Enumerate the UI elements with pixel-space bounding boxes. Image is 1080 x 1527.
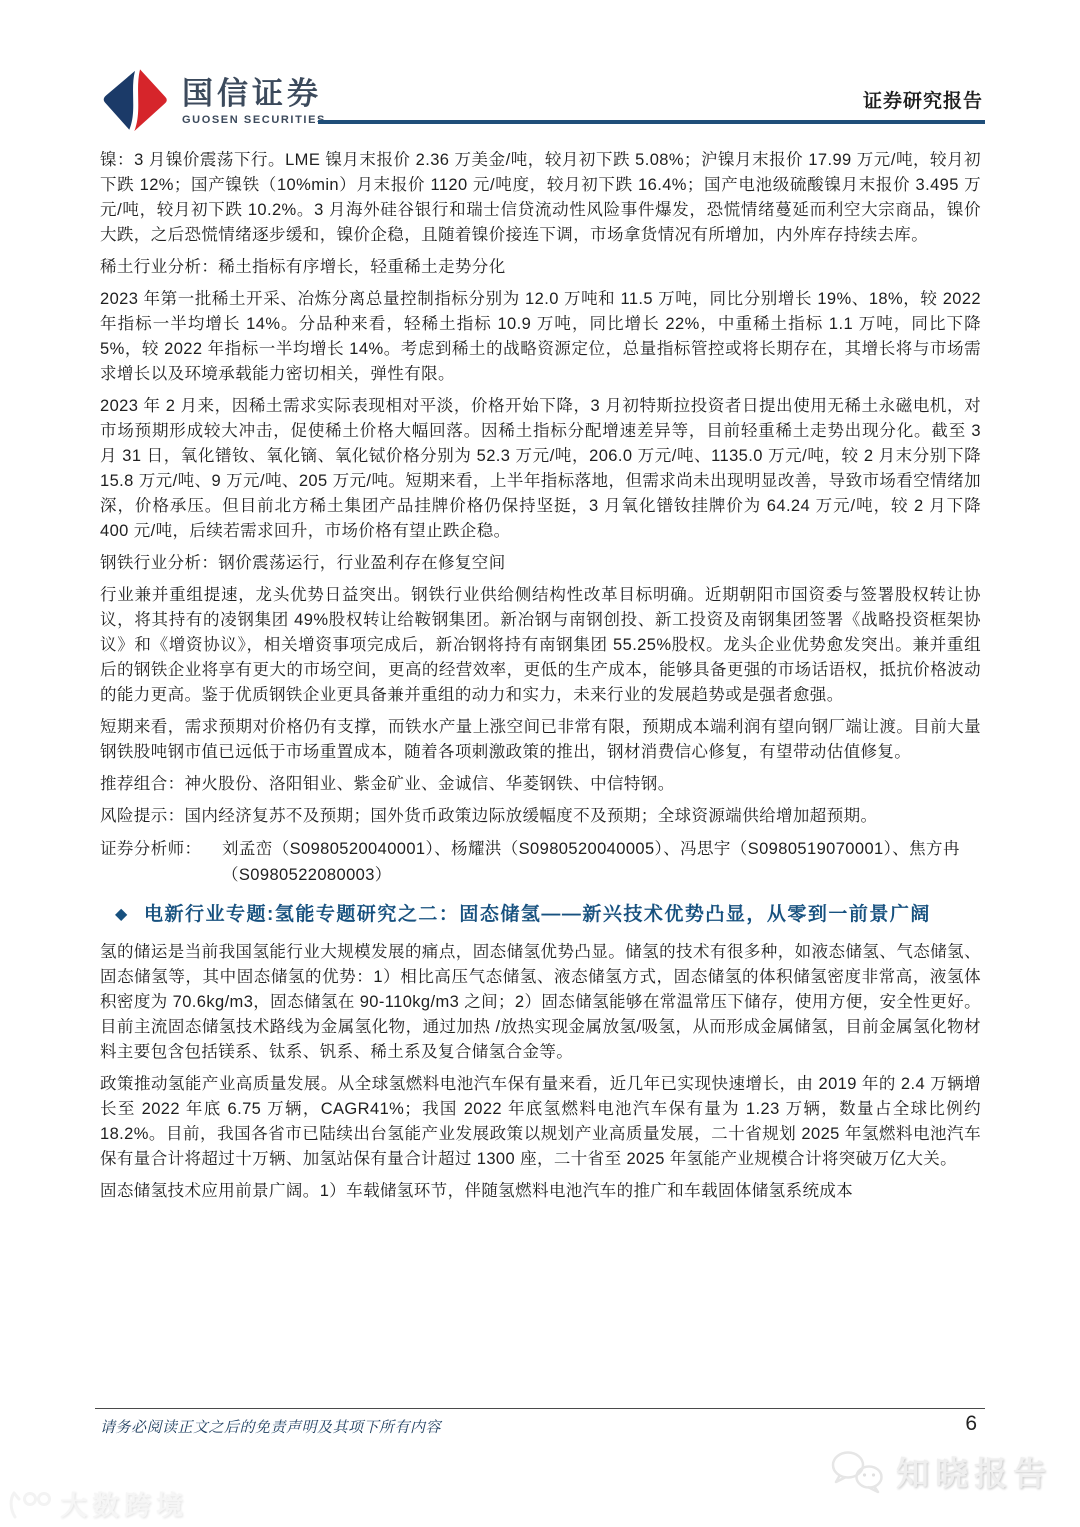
dashu-logo-icon — [6, 1487, 52, 1521]
paragraph-hydrogen-policy: 政策推动氢能产业高质量发展。从全球氢燃料电池汽车保有量来看，近几年已实现快速增长… — [100, 1072, 981, 1172]
paragraph-risk-warning: 风险提示：国内经济复苏不及预期；国外货币政策边际放缓幅度不及预期；全球资源端供给… — [100, 804, 981, 829]
footer-disclaimer: 请务必阅读正文之后的免责声明及其项下所有内容 — [100, 1416, 441, 1437]
analysts-label: 证券分析师： — [100, 836, 222, 888]
subhead-rare-earth: 稀土行业分析：稀土指标有序增长，轻重稀土走势分化 — [100, 255, 981, 280]
diamond-bullet-icon: ◆ — [100, 900, 144, 930]
paragraph-solid-hydrogen-advantages: 氢的储运是当前我国氢能行业大规模发展的痛点，固态储氢优势凸显。储氢的技术有很多种… — [100, 940, 981, 1065]
watermark-zhixiao-report: 知晓报告 — [828, 1448, 1052, 1495]
watermark-dashu-crossborder: 大数跨境 — [6, 1484, 188, 1523]
subhead-steel: 钢铁行业分析：钢价震荡运行，行业盈利存在修复空间 — [100, 551, 981, 576]
wechat-icon — [828, 1449, 886, 1495]
guosen-logo-icon — [98, 68, 172, 134]
report-type-label: 证券研究报告 — [863, 86, 983, 113]
paragraph-nickel: 镍：3 月镍价震荡下行。LME 镍月末报价 2.36 万美金/吨，较月初下跌 5… — [100, 148, 981, 248]
section-heading-hydrogen: ◆ 电新行业专题:氢能专题研究之二：固态储氢——新兴技术优势凸显，从零到一前景广… — [100, 900, 981, 930]
paragraph-rare-earth-price: 2023 年 2 月来，因稀土需求实际表现相对平淡，价格开始下降，3 月初特斯拉… — [100, 394, 981, 544]
logo-text: 国信证券 GUOSEN SECURITIES — [182, 76, 326, 126]
footer-divider — [95, 1408, 985, 1409]
paragraph-steel-outlook: 短期来看，需求预期对价格仍有支撑，而铁水产量上涨空间已非常有限，预期成本端利润有… — [100, 715, 981, 765]
analysts-names: 刘孟峦（S0980520040001）、杨耀洪（S0980520040005）、… — [222, 836, 981, 888]
report-page: 国信证券 GUOSEN SECURITIES 证券研究报告 镍：3 月镍价震荡下… — [0, 0, 1080, 1527]
header-divider — [318, 120, 985, 124]
page-number: 6 — [965, 1412, 977, 1436]
report-body: 镍：3 月镍价震荡下行。LME 镍月末报价 2.36 万美金/吨，较月初下跌 5… — [100, 148, 981, 1211]
watermark-left-text: 大数跨境 — [60, 1484, 188, 1523]
logo-name-en: GUOSEN SECURITIES — [182, 114, 326, 126]
paragraph-solid-hydrogen-applications: 固态储氢技术应用前景广阔。1）车载储氢环节，伴随氢燃料电池汽车的推广和车载固体储… — [100, 1179, 981, 1204]
guosen-logo: 国信证券 GUOSEN SECURITIES — [98, 68, 326, 134]
analysts-line: 证券分析师： 刘孟峦（S0980520040001）、杨耀洪（S09805200… — [100, 836, 981, 888]
paragraph-steel-ma: 行业兼并重组提速，龙头优势日益突出。钢铁行业供给侧结构性改革目标明确。近期朝阳市… — [100, 583, 981, 708]
watermark-right-text: 知晓报告 — [896, 1448, 1052, 1495]
section-heading-text: 电新行业专题:氢能专题研究之二：固态储氢——新兴技术优势凸显，从零到一前景广阔 — [144, 900, 931, 930]
logo-name-cn: 国信证券 — [182, 76, 326, 112]
paragraph-rare-earth-quota: 2023 年第一批稀土开采、冶炼分离总量控制指标分别为 12.0 万吨和 11.… — [100, 287, 981, 387]
paragraph-recommended-portfolio: 推荐组合：神火股份、洛阳钼业、紫金矿业、金诚信、华菱钢铁、中信特钢。 — [100, 772, 981, 797]
